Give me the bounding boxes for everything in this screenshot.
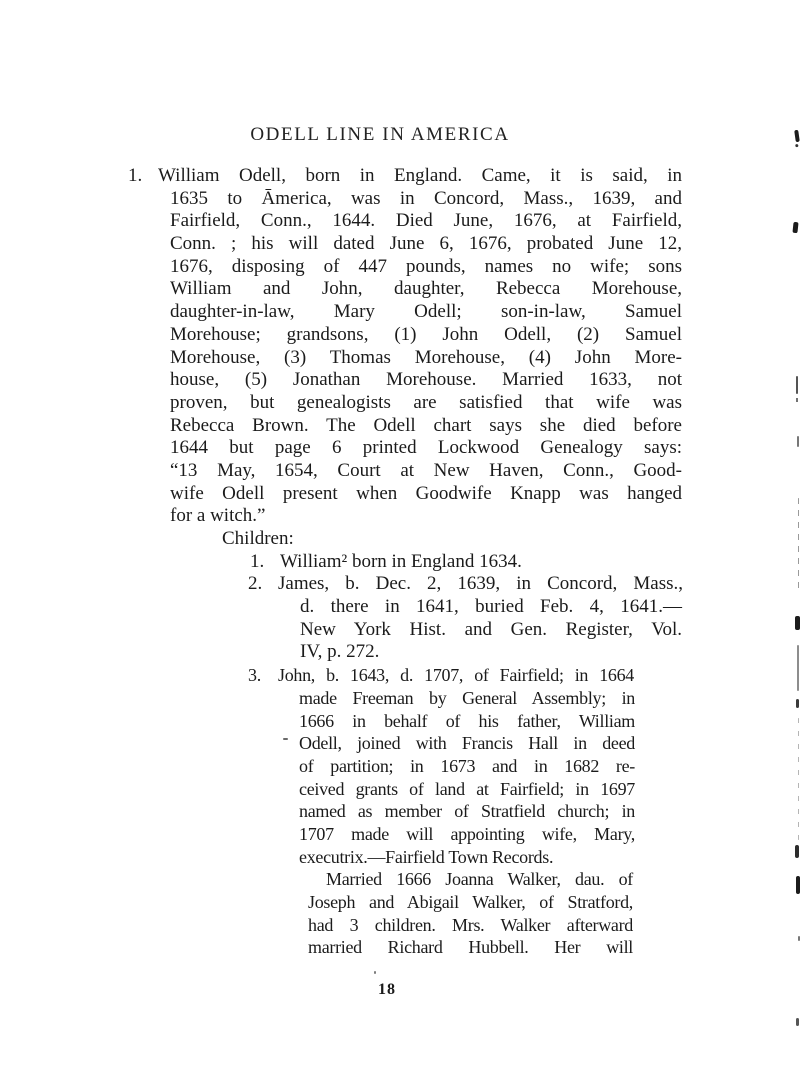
page-text: 1.William Odell, born in England. Came, …	[0, 165, 800, 959]
child-item-number: 3.	[248, 664, 261, 687]
text-line: Fairfield, Conn., 1644. Died June, 1676,…	[170, 210, 682, 233]
scan-artifact	[796, 876, 800, 894]
scan-artifact	[794, 130, 800, 142]
text-line: Morehouse, (3) Thomas Morehouse, (4) Joh…	[170, 347, 682, 370]
text-line: proven, but genealogists are satisfied t…	[170, 392, 682, 415]
scan-artifact	[796, 699, 799, 708]
scanned-page: ODELL LINE IN AMERICA 1.William Odell, b…	[0, 0, 800, 1088]
text-line: IV, p. 272.	[300, 641, 682, 664]
child-entry: 1.William² born in England 1634.	[0, 551, 800, 574]
text-line: 3.John, b. 1643, d. 1707, of Fairfield; …	[278, 664, 634, 687]
text-line: had 3 children. Mrs. Walker afterward	[308, 914, 633, 937]
text-line: d. there in 1641, buried Feb. 4, 1641.—	[300, 596, 682, 619]
text-line: William and John, daughter, Rebecca More…	[170, 278, 682, 301]
entry-paragraph: 1.William Odell, born in England. Came, …	[0, 165, 800, 528]
page-number: 18	[370, 981, 404, 999]
text-line: Rebecca Brown. The Odell chart says she …	[170, 415, 682, 438]
scan-artifact	[796, 376, 798, 394]
text-line-content: John, b. 1643, d. 1707, of Fairfield; in…	[278, 665, 634, 685]
text-line: Conn. ; his will dated June 6, 1676, pro…	[170, 233, 682, 256]
scan-artifact	[795, 616, 800, 630]
scan-artifact	[797, 645, 799, 691]
scan-artifact	[283, 738, 288, 740]
text-line: Joseph and Abigail Walker, of Stratford,	[308, 891, 633, 914]
text-line: 1635 to Āmerica, was in Concord, Mass., …	[170, 188, 682, 211]
text-line-content: James, b. Dec. 2, 1639, in Concord, Mass…	[278, 573, 683, 594]
text-line: “13 May, 1654, Court at New Haven, Conn.…	[170, 460, 682, 483]
text-line: 1.William² born in England 1634.	[280, 551, 800, 574]
text-line: for a witch.”	[170, 505, 682, 528]
text-line-content: William Odell, born in England. Came, it…	[158, 165, 682, 186]
text-line: New York Hist. and Gen. Register, Vol.	[300, 619, 682, 642]
text-line: 1644 but page 6 printed Lockwood Genealo…	[170, 437, 682, 460]
child-entry: 2.James, b. Dec. 2, 1639, in Concord, Ma…	[0, 573, 800, 664]
child-entry: 3.John, b. 1643, d. 1707, of Fairfield; …	[0, 664, 800, 868]
text-line: married Richard Hubbell. Her will	[308, 936, 633, 959]
text-line: of partition; in 1673 and in 1682 re-	[299, 755, 635, 778]
child-item-number: 2.	[248, 573, 262, 596]
text-line: house, (5) Jonathan Morehouse. Married 1…	[170, 369, 682, 392]
child-item-number: 1.	[250, 551, 264, 574]
text-line: ceived grants of land at Fairfield; in 1…	[299, 778, 635, 801]
text-line: 1666 in behalf of his father, William	[299, 710, 635, 733]
text-line: daughter-in-law, Mary Odell; son-in-law,…	[170, 301, 682, 324]
text-line: executrix.—Fairfield Town Records.	[299, 846, 635, 869]
scan-artifact	[796, 1018, 799, 1026]
text-line: 2.James, b. Dec. 2, 1639, in Concord, Ma…	[278, 573, 683, 596]
scan-artifact	[795, 845, 799, 858]
text-line: named as member of Stratfield church; in	[299, 800, 635, 823]
children-heading: Children:	[222, 528, 800, 551]
scan-artifact	[798, 498, 799, 590]
text-line: made Freeman by General Assembly; in	[299, 687, 635, 710]
text-line: 1707 made will appointing wife, Mary,	[299, 823, 635, 846]
entry-number: 1.	[128, 165, 142, 188]
text-line: Married 1666 Joanna Walker, dau. of	[308, 868, 633, 891]
text-line: Odell, joined with Francis Hall in deed	[299, 732, 635, 755]
text-line: wife Odell present when Goodwife Knapp w…	[170, 483, 682, 506]
text-line-content: William² born in England 1634.	[280, 551, 522, 572]
scan-artifact	[798, 718, 799, 840]
scan-artifact	[374, 971, 376, 974]
scan-artifact	[797, 436, 799, 447]
text-line: 1676, disposing of 447 pounds, names no …	[170, 256, 682, 279]
text-line: 1.William Odell, born in England. Came, …	[158, 165, 682, 188]
marriage-paragraph: Married 1666 Joanna Walker, dau. of Jose…	[0, 868, 800, 959]
children-list: 1.William² born in England 1634. 2.James…	[0, 551, 800, 959]
text-line: Morehouse; grandsons, (1) John Odell, (2…	[170, 324, 682, 347]
page-title: ODELL LINE IN AMERICA	[120, 124, 640, 146]
